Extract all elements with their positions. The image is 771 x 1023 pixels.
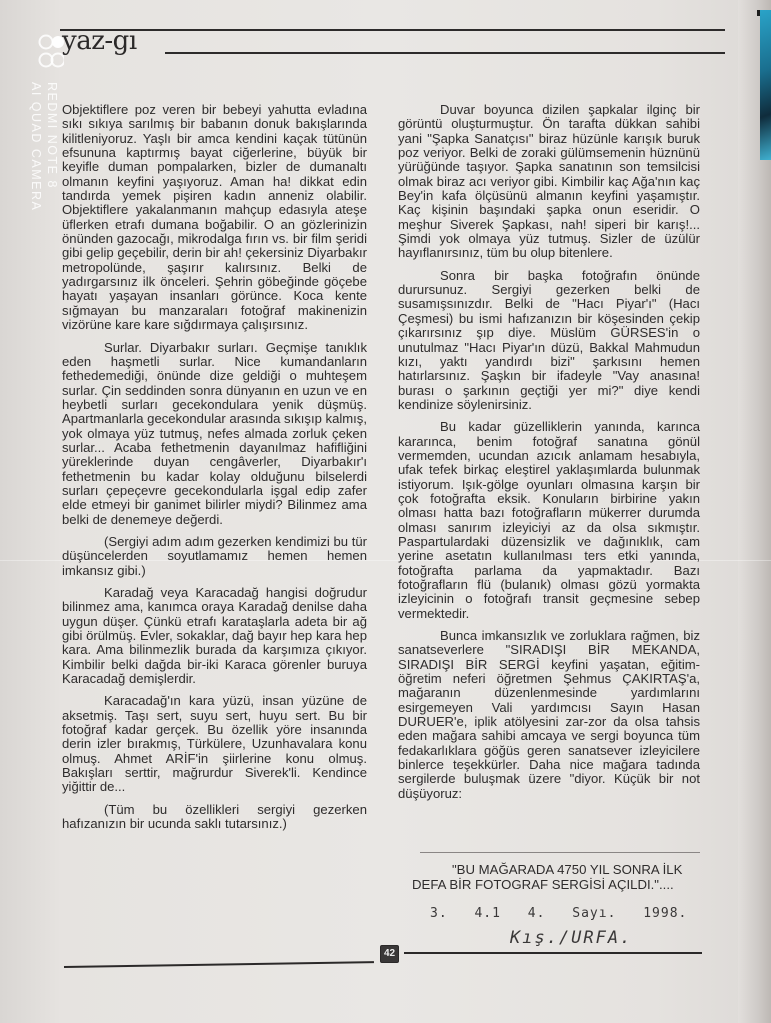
paragraph: Duvar boyunca dizilen şapkalar ilginç bi…	[398, 103, 700, 261]
handwritten-issue-note: 3. 4.1 4. Sayı. 1998.	[430, 906, 687, 921]
footer-rule-left	[64, 961, 374, 968]
camera-brand-logo-icon	[38, 32, 64, 72]
handwritten-place-note: Kış./URFA.	[510, 928, 632, 948]
left-text-column: Objektiflere poz veren bir bebeyi yahutt…	[62, 103, 367, 840]
footer-rule-right	[404, 952, 702, 954]
header-rule-top	[60, 29, 725, 31]
right-text-column: Duvar boyunca dizilen şapkalar ilginç bi…	[398, 103, 700, 809]
closing-quote: "BU MAĞARADA 4750 YIL SONRA İLK DEFA BİR…	[412, 862, 712, 892]
watermark-line-1: REDMI NOTE 8	[45, 82, 59, 189]
adjacent-page-photo	[760, 10, 771, 160]
page-number-badge: 42	[380, 945, 399, 963]
section-title: yaz-gı	[62, 26, 137, 56]
paragraph: (Tüm bu özellikleri sergiyi gezerken haf…	[62, 803, 367, 832]
watermark-line-2: AI QUAD CAMERA	[29, 82, 43, 211]
paragraph: Sonra bir başka fotoğrafın önünde dururs…	[398, 269, 700, 412]
camera-watermark: REDMI NOTE 8 AI QUAD CAMERA	[28, 82, 60, 211]
paragraph: (Sergiyi adım adım gezerken kendimizi bu…	[62, 535, 367, 578]
paragraph: Karadağ veya Karacadağ hangisi doğrudur …	[62, 586, 367, 686]
paragraph: Objektiflere poz veren bir bebeyi yahutt…	[62, 103, 367, 333]
paragraph: Surlar. Diyarbakır surları. Geçmişe tanı…	[62, 341, 367, 527]
paragraph: Bu kadar güzelliklerin yanında, karınca …	[398, 420, 700, 621]
paragraph: Bunca imkansızlık ve zorluklara rağmen, …	[398, 629, 700, 801]
quote-separator	[420, 852, 700, 853]
header-rule-bottom	[165, 52, 725, 54]
paragraph: Karacadağ'ın kara yüzü, insan yüzüne de …	[62, 694, 367, 794]
